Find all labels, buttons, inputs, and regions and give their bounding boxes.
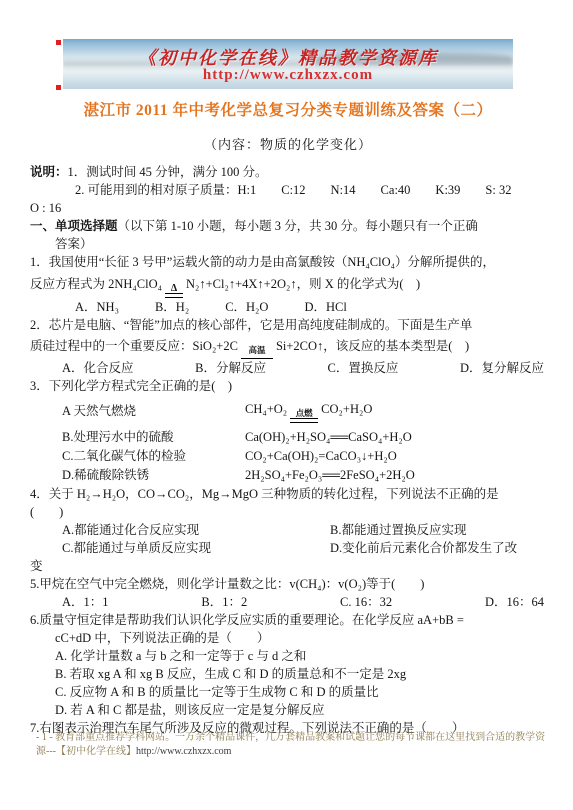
footer-url: http://www.czhxzx.com xyxy=(136,746,231,757)
document-body: 湛江市 2011 年中考化学总复习分类专题训练及答案（二） （内容：物质的化学变… xyxy=(30,98,546,737)
question-6-option-a: A. 化学计量数 a 与 b 之和一定等于 c 与 d 之和 xyxy=(55,647,546,665)
section-heading: 一、单项选择题（以下第 1-10 小题，每小题 3 分，共 30 分。每小题只有… xyxy=(30,217,546,235)
option-d-equation: 2H₂SO₄+Fe₂O₃══2FeSO₄+2H₂O xyxy=(245,466,415,485)
question-2-options: A．化合反应 B．分解反应 C．置换反应 D．复分解反应 xyxy=(62,359,544,377)
question-4-option-d-wrap: 变 xyxy=(30,557,546,575)
section-heading-wrap: 答案） xyxy=(55,235,546,253)
question-1-stem: 1．我国使用“长征 3 号甲”运载火箭的动力是由高氯酸铵（NH₄ClO₄）分解所… xyxy=(30,253,546,271)
q2-equation-pre: 质硅过程中的一个重要反应：SiO₂+2C xyxy=(30,339,238,353)
option-a: A.都能通过化合反应实现 xyxy=(62,521,330,539)
option-d: D．HCl xyxy=(304,298,346,316)
red-anchor-mark-top xyxy=(56,40,61,45)
banner-site-url: http://www.czhxzx.com xyxy=(63,67,513,84)
question-5-stem: 5.甲烷在空气中完全燃烧，则化学计量数之比：v(CH₄)：v(O₂)等于( ) xyxy=(30,575,546,593)
page-title: 湛江市 2011 年中考化学总复习分类专题训练及答案（二） xyxy=(30,98,546,120)
section-title: 一、单项选择题 xyxy=(30,219,118,233)
option-b: B．H₂ xyxy=(155,298,189,316)
question-6-stem-wrap: cC+dD 中，下列说法正确的是（ ） xyxy=(55,629,546,647)
option-d: D.变化前后元素化合价都发生了改 xyxy=(330,539,517,557)
site-banner-image: 《初中化学在线》精品教学资源库 http://www.czhxzx.com xyxy=(63,39,513,89)
option-a: A．1：1 xyxy=(62,593,109,611)
notes-line-3: O : 16 xyxy=(30,199,546,217)
option-c: C.都能通过与单质反应实现 xyxy=(62,539,330,557)
option-b-equation: Ca(OH)₂+H₂SO₄══CaSO₄+H₂O xyxy=(245,428,412,447)
option-d-label: D.稀硫酸除铁锈 xyxy=(62,466,245,485)
option-c: C．置换反应 xyxy=(328,359,399,377)
notes-label: 说明： xyxy=(30,165,68,179)
notes-line-2: 2. 可能用到的相对原子质量：H:1 C:12 N:14 Ca:40 K:39 … xyxy=(75,181,546,199)
question-3-option-a: A 天然气燃烧 CH₄+O₂点燃CO₂+H₂O xyxy=(62,400,546,423)
document-page: 《初中化学在线》精品教学资源库 http://www.czhxzx.com 湛江… xyxy=(0,0,573,810)
notes-line-1: 说明：1．测试时间 45 分钟，满分 100 分。 xyxy=(30,163,546,181)
reaction-condition-delta: Δ xyxy=(165,284,183,298)
red-anchor-mark-bottom xyxy=(56,85,61,90)
option-a-label: A 天然气燃烧 xyxy=(62,402,245,421)
option-c-label: C.二氧化碳气体的检验 xyxy=(62,447,245,466)
question-6-option-c: C. 反应物 A 和 B 的质量比一定等于生成物 C 和 D 的质量比 xyxy=(55,683,546,701)
option-b: B.都能通过置换反应实现 xyxy=(330,521,466,539)
equals-double-line xyxy=(290,418,318,423)
question-2-stem: 2．芯片是电脑、“智能”加点的核心部件，它是用高纯度硅制成的。下面是生产单 xyxy=(30,316,546,334)
option-a: A．化合反应 xyxy=(62,359,134,377)
question-3-option-d: D.稀硫酸除铁锈 2H₂SO₄+Fe₂O₃══2FeSO₄+2H₂O xyxy=(62,466,546,485)
section-desc: （以下第 1-10 小题，每小题 3 分，共 30 分。每小题只有一个正确 xyxy=(118,219,478,233)
eq-post: CO₂+H₂O xyxy=(321,402,372,416)
condition-text: 点燃 xyxy=(296,409,313,418)
eq-pre: CH₄+O₂ xyxy=(245,402,287,416)
page-subtitle: （内容：物质的化学变化） xyxy=(30,134,546,153)
option-a-equation: CH₄+O₂点燃CO₂+H₂O xyxy=(245,400,372,423)
question-6-option-b: B. 若取 xg A 和 xg B 反应，生成 C 和 D 的质量总和不一定是 … xyxy=(55,665,546,683)
option-b: B．1：2 xyxy=(201,593,247,611)
notes-text-1: 1．测试时间 45 分钟，满分 100 分。 xyxy=(68,165,268,179)
question-4-stem-wrap: ( ) xyxy=(30,503,546,521)
option-c: C. 16：32 xyxy=(340,593,392,611)
condition-text: Δ xyxy=(171,284,177,293)
option-b-label: B.处理污水中的硫酸 xyxy=(62,428,245,447)
question-3-stem: 3．下列化学方程式完全正确的是( ) xyxy=(30,377,546,395)
question-6-option-d: D. 若 A 和 C 都是盐，则该反应一定是复分解反应 xyxy=(55,701,546,719)
question-4-stem: 4．关于 H₂→H₂O，CO→CO₂，Mg→MgO 三种物质的转化过程，下列说法… xyxy=(30,485,546,503)
condition-text: 高温 xyxy=(248,346,265,355)
option-c-equation: CO₂+Ca(OH)₂=CaCO₃↓+H₂O xyxy=(245,447,397,466)
question-4-options-row-2: C.都能通过与单质反应实现 D.变化前后元素化合价都发生了改 xyxy=(62,539,546,557)
question-3-option-b: B.处理污水中的硫酸 Ca(OH)₂+H₂SO₄══CaSO₄+H₂O xyxy=(62,428,546,447)
question-1-options: A．NH₃ B．H₂ C．H₂O D．HCl xyxy=(75,298,546,316)
option-a: A．NH₃ xyxy=(75,298,119,316)
footer-text: - 1 - 教育部重点推荐学科网站。一万余个精品课件，几万套精品教案和试题让您的… xyxy=(36,732,545,757)
question-6-stem: 6.质量守恒定律是帮助我们认识化学反应实质的重要理论。在化学反应 aA+bB = xyxy=(30,611,546,629)
question-4-options-row-1: A.都能通过化合反应实现 B.都能通过置换反应实现 xyxy=(62,521,546,539)
q2-equation-post: Si+2CO↑，该反应的基本类型是( ) xyxy=(276,339,469,353)
question-3-option-c: C.二氧化碳气体的检验 CO₂+Ca(OH)₂=CaCO₃↓+H₂O xyxy=(62,447,546,466)
option-d: D．16：64 xyxy=(485,593,544,611)
page-footer: - 1 - 教育部重点推荐学科网站。一万余个精品课件，几万套精品教案和试题让您的… xyxy=(36,731,548,759)
question-2-equation: 质硅过程中的一个重要反应：SiO₂+2C高温Si+2CO↑，该反应的基本类型是(… xyxy=(30,334,546,359)
option-b: B．分解反应 xyxy=(195,359,266,377)
reaction-condition-high-temp: 高温 xyxy=(241,346,273,359)
q1-equation-post: N₂↑+Cl₂↑+4X↑+2O₂↑，则 X 的化学式为( ) xyxy=(186,277,420,291)
question-5-options: A．1：1 B．1：2 C. 16：32 D．16：64 xyxy=(62,593,544,611)
q1-equation-pre: 反应方程式为 2NH₄ClO₄ xyxy=(30,277,162,291)
option-c: C．H₂O xyxy=(225,298,268,316)
option-d: D．复分解反应 xyxy=(460,359,544,377)
question-1-equation: 反应方程式为 2NH₄ClO₄ΔN₂↑+Cl₂↑+4X↑+2O₂↑，则 X 的化… xyxy=(30,271,546,298)
reaction-condition-ignite: 点燃 xyxy=(290,409,318,423)
